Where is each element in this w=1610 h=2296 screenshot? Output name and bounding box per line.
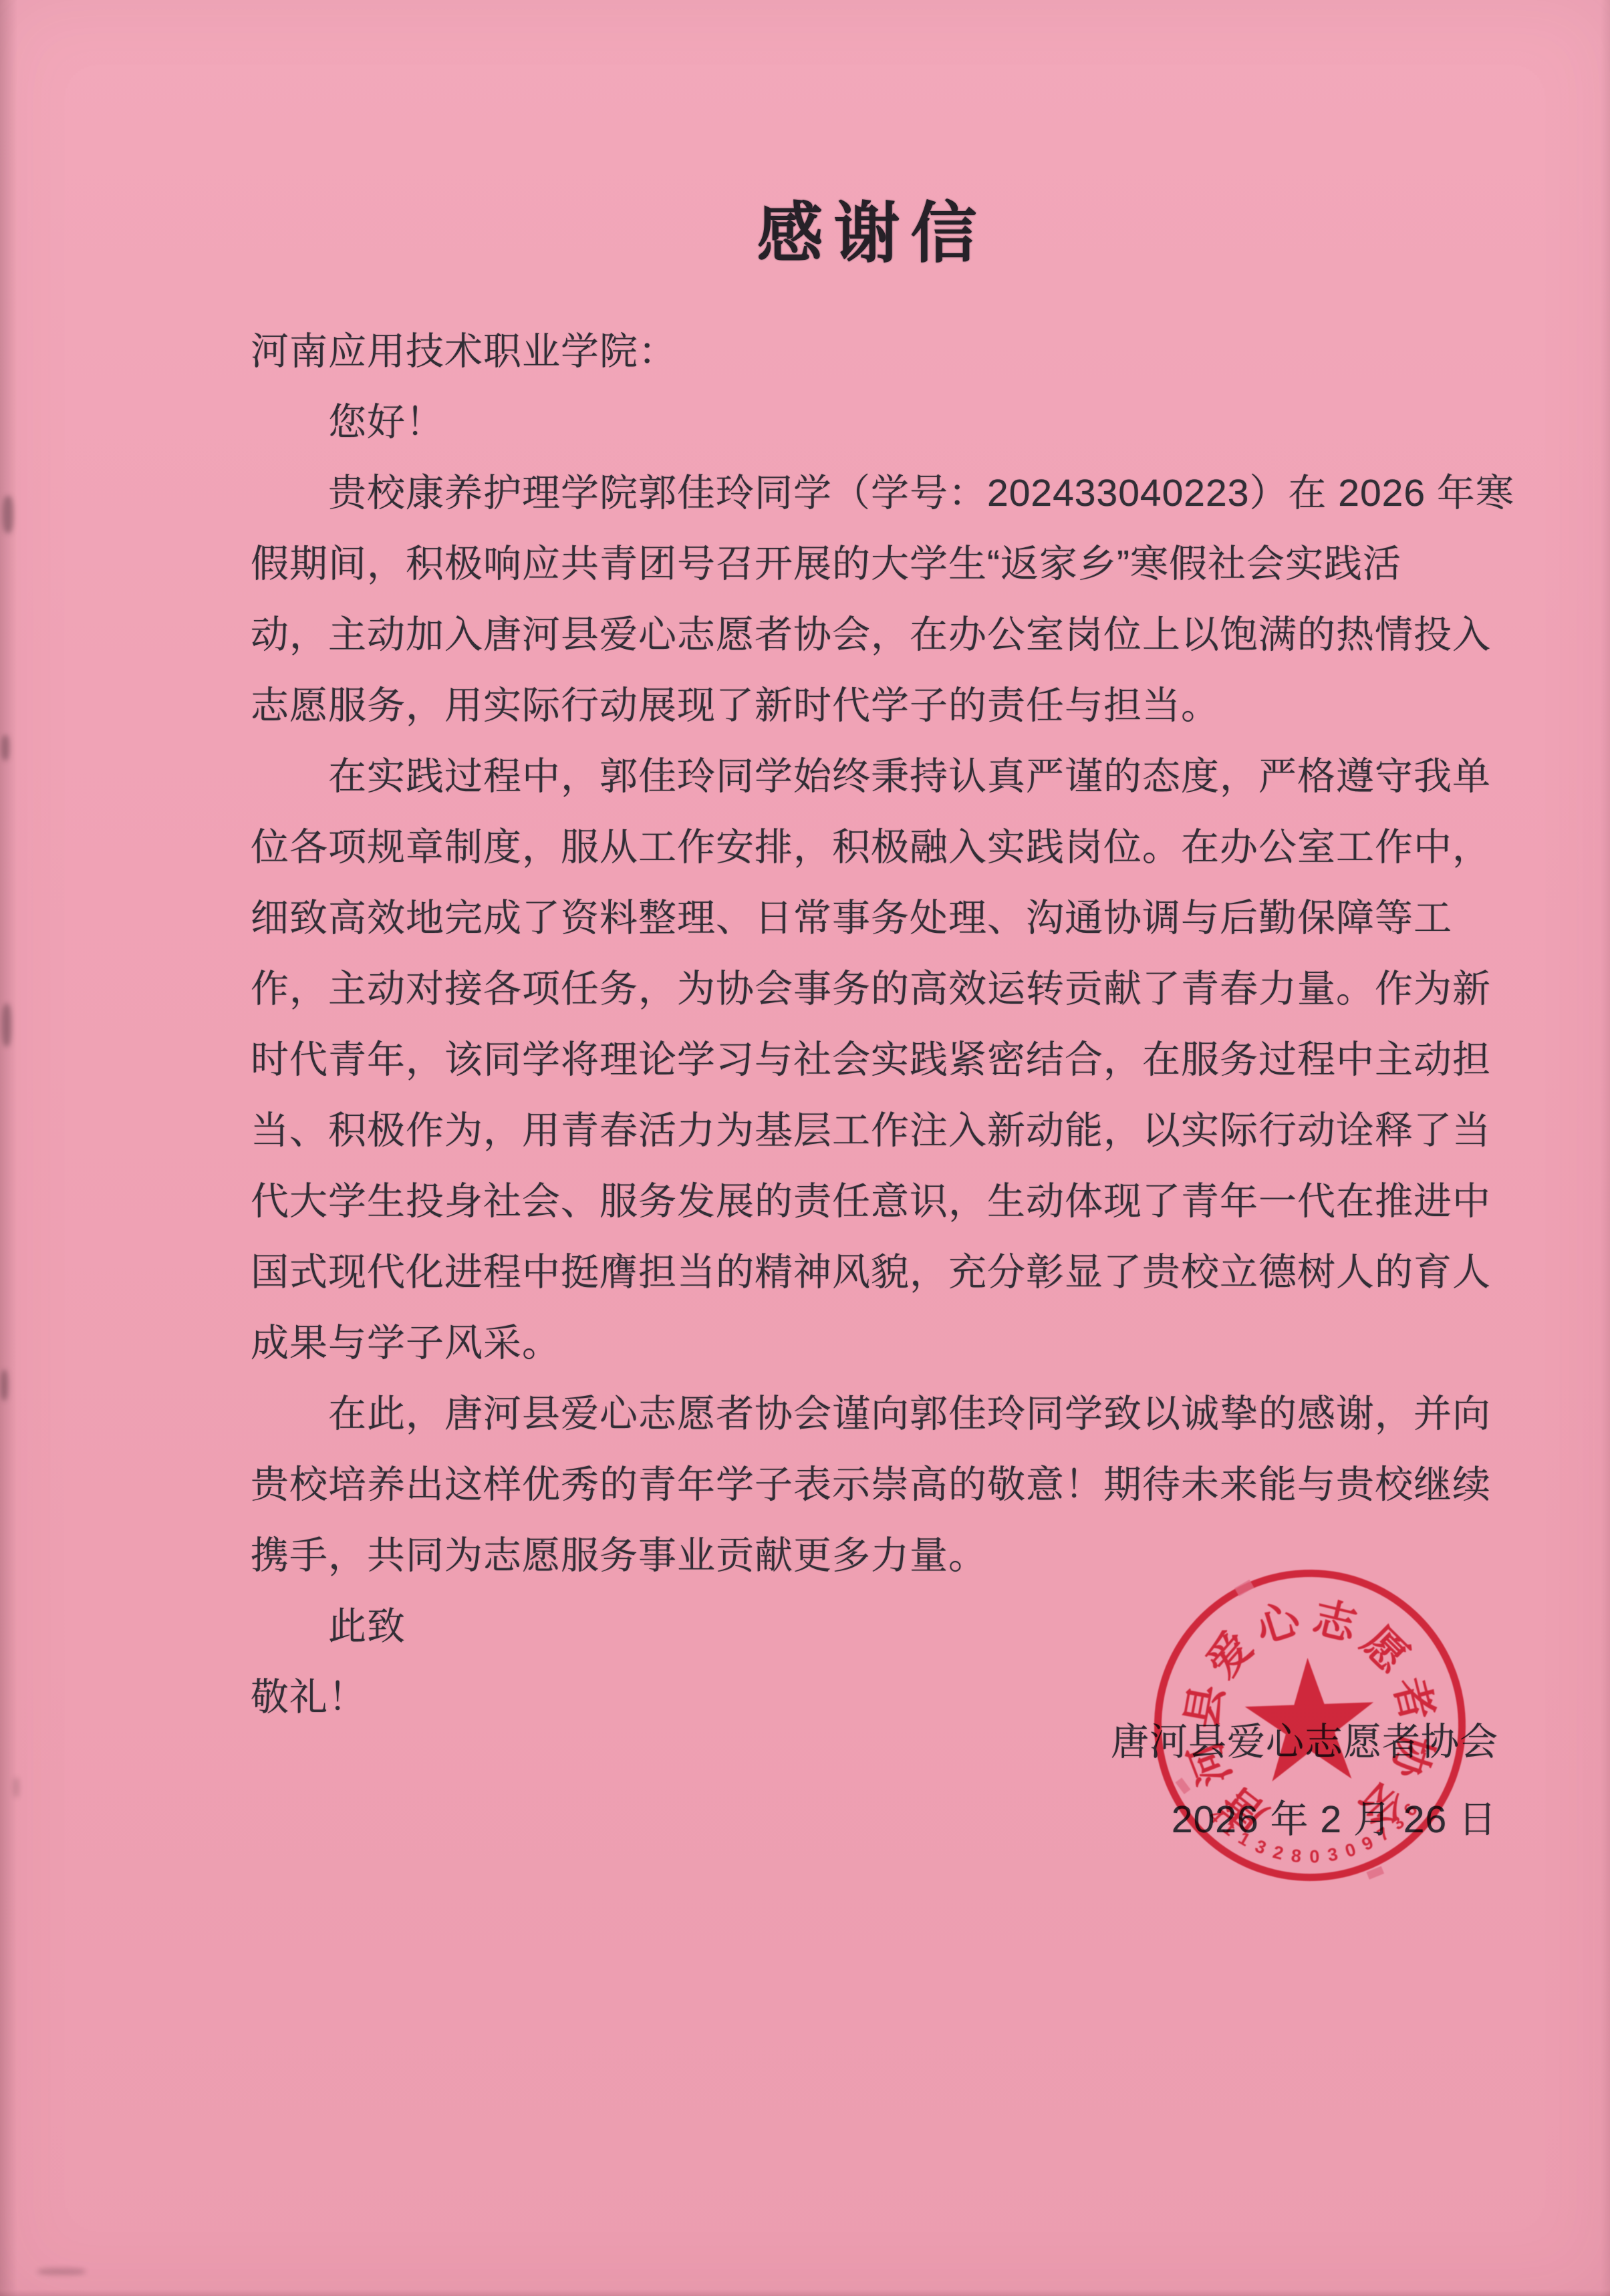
scan-artifact — [37, 2268, 86, 2275]
body-line: 在实践过程中，郭佳玲同学始终秉持认真严谨的态度，严格遵守我单 — [251, 741, 1507, 812]
stamp-code-digit: 0 — [1309, 1846, 1320, 1868]
scanned-letter-page: 感谢信 河南应用技术职业学院： 您好！ 贵校康养护理学院郭佳玲同学（学号：202… — [0, 0, 1610, 2296]
body-line: 作，主动对接各项任务，为协会事务的高效运转贡献了青春力量。作为新 — [251, 954, 1507, 1024]
scan-edge-shadow-left — [0, 0, 17, 2296]
scan-artifact — [3, 496, 13, 533]
scan-artifact — [2, 1004, 11, 1046]
body-line: 动，主动加入唐河县爱心志愿者协会，在办公室岗位上以饱满的热情投入 — [251, 599, 1507, 670]
letter-body: 河南应用技术职业学院： 您好！ 贵校康养护理学院郭佳玲同学（学号：2024330… — [251, 316, 1507, 1733]
body-line: 国式现代化进程中挺膺担当的精神风貌，充分彰显了贵校立德树人的育人 — [251, 1237, 1507, 1308]
body-line: 代大学生投身社会、服务发展的责任意识，生动体现了青年一代在推进中 — [251, 1166, 1507, 1237]
stamp-wear-mark — [1366, 1866, 1384, 1880]
scan-artifact — [1, 1370, 8, 1401]
scan-artifact — [13, 1777, 19, 1798]
body-line: 细致高效地完成了资料整理、日常事务处理、沟通协调与后勤保障等工 — [251, 883, 1507, 954]
star-icon — [1236, 1652, 1383, 1798]
body-line: 成果与学子风采。 — [251, 1308, 1507, 1379]
body-line: 在此，唐河县爱心志愿者协会谨向郭佳玲同学致以诚挚的感谢，并向 — [251, 1379, 1507, 1449]
body-line: 时代青年，该同学将理论学习与社会实践紧密结合，在服务过程中主动担 — [251, 1024, 1507, 1095]
body-line: 假期间，积极响应共青团号召开展的大学生“返家乡”寒假社会实践活 — [251, 529, 1507, 599]
body-line: 位各项规章制度，服从工作安排，积极融入实践岗位。在办公室工作中， — [251, 812, 1507, 883]
letter-title: 感谢信 — [251, 180, 1494, 275]
scan-artifact — [1, 735, 9, 760]
body-line: 志愿服务，用实际行动展现了新时代学子的责任与担当。 — [251, 670, 1507, 741]
stamp-wear-mark — [1234, 1580, 1254, 1596]
greeting-line: 您好！ — [251, 387, 1507, 458]
official-seal-stamp: 唐河县爱心志愿者协会 4113280309736 — [1149, 1564, 1471, 1886]
body-line: 贵校培养出这样优秀的青年学子表示崇高的敬意！期待未来能与贵校继续 — [251, 1449, 1507, 1520]
body-line: 当、积极作为，用青春活力为基层工作注入新动能，以实际行动诠释了当 — [251, 1095, 1507, 1166]
salutation-line: 河南应用技术职业学院： — [251, 316, 1507, 387]
scan-edge-shadow-bottom — [0, 2289, 1610, 2296]
stamp-code-digit: 8 — [1290, 1846, 1302, 1867]
scan-edge-shadow-right — [1601, 0, 1610, 2296]
body-line: 贵校康养护理学院郭佳玲同学（学号：202433040223）在 2026 年寒 — [251, 458, 1507, 529]
